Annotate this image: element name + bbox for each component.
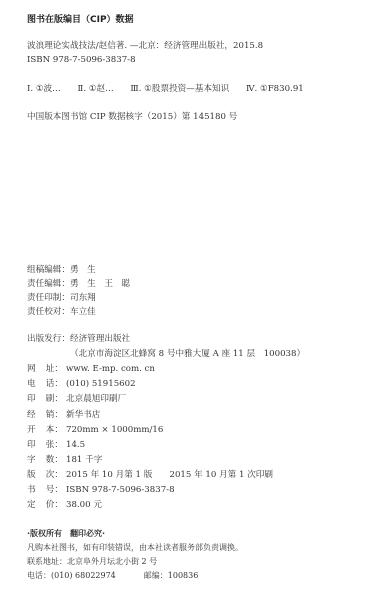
staff-label: 责任印制：	[27, 293, 70, 303]
cip-isbn-line: ISBN 978-7-5096-3837-8	[27, 55, 136, 66]
copyright-notice: ·版权所有 翻印必究·	[27, 528, 105, 539]
detail-row-phone: 电话：(010) 51915602	[27, 379, 136, 390]
exchange-notice: 凡购本社图书，如有印装错误，由本社读者服务部负责调换。	[27, 542, 243, 553]
detail-value: 38.00 元	[66, 500, 102, 511]
detail-value: 181 千字	[66, 455, 102, 466]
detail-row-format: 开本：720mm × 1000mm/16	[27, 425, 163, 436]
staff-value: 勇 生 王 聪	[70, 279, 130, 289]
detail-key: 开本：	[27, 425, 66, 436]
detail-row-distributor: 经销：新华书店	[27, 410, 100, 421]
detail-key: 书号：	[27, 485, 66, 496]
cip-classification-line: Ⅰ. ①波… Ⅱ. ①赵… Ⅲ. ①股票投资—基本知识 Ⅳ. ①F830.91	[27, 84, 304, 95]
publisher-row: 出版发行：经济管理出版社	[27, 334, 130, 345]
detail-key: 字数：	[27, 455, 66, 466]
detail-row-printer: 印刷：北京晨旭印刷厂	[27, 394, 126, 405]
classification-iii: Ⅲ. ①股票投资—基本知识	[130, 84, 229, 94]
staff-label: 责任编辑：	[27, 279, 70, 289]
publisher-value: 经济管理出版社	[70, 334, 130, 345]
classification-iv: Ⅳ. ①F830.91	[246, 84, 304, 94]
detail-row-isbn: 书号：ISBN 978-7-5096-3837-8	[27, 485, 175, 496]
contact-phone: 电话：(010) 68022974	[27, 571, 116, 580]
classification-i: Ⅰ. ①波…	[27, 84, 61, 94]
detail-row-edition: 版次：2015 年 10 月第 1 版 2015 年 10 月第 1 次印刷	[27, 470, 273, 481]
detail-row-word-count: 字数：181 千字	[27, 455, 102, 466]
detail-value: (010) 51915602	[66, 379, 136, 390]
staff-value: 司东翔	[70, 293, 96, 303]
staff-label: 组稿编辑：	[27, 265, 70, 275]
staff-row-acquisition-editor: 组稿编辑：勇 生	[27, 263, 96, 275]
detail-value: 新华书店	[66, 410, 100, 421]
detail-value: 2015 年 10 月第 1 版 2015 年 10 月第 1 次印刷	[66, 470, 273, 481]
detail-row-sheets: 印张：14.5	[27, 440, 85, 451]
cip-title: 图书在版编目（CIP）数据	[27, 12, 134, 25]
detail-value: 北京晨旭印刷厂	[66, 394, 126, 405]
staff-value: 勇 生	[70, 265, 96, 275]
copyright-page: 图书在版编目（CIP）数据 波浪理论实战技法/赵信著. —北京：经济管理出版社，…	[0, 0, 375, 597]
classification-ii: Ⅱ. ①赵…	[77, 84, 113, 94]
detail-value: www. E-mp. com. cn	[66, 364, 155, 375]
contact-postcode: 邮编：100836	[144, 571, 199, 580]
staff-row-responsible-editor: 责任编辑：勇 生 王 聪	[27, 277, 130, 289]
contact-line: 电话：(010) 68022974邮编：100836	[27, 570, 198, 581]
detail-row-price: 定价：38.00 元	[27, 500, 102, 511]
detail-key: 印刷：	[27, 394, 66, 405]
detail-key: 网址：	[27, 364, 66, 375]
contact-address: 联系地址：北京阜外月坛北小街 2 号	[27, 556, 157, 567]
detail-value: ISBN 978-7-5096-3837-8	[66, 485, 175, 496]
detail-value: 14.5	[66, 440, 85, 451]
detail-key: 印张：	[27, 440, 66, 451]
detail-key: 电话：	[27, 379, 66, 390]
staff-row-proofreader: 责任校对：车立佳	[27, 305, 96, 317]
detail-row-website: 网址：www. E-mp. com. cn	[27, 364, 155, 375]
staff-row-print-supervisor: 责任印制：司东翔	[27, 291, 96, 303]
publisher-label: 出版发行：	[27, 334, 70, 345]
staff-label: 责任校对：	[27, 307, 70, 317]
detail-key: 定价：	[27, 500, 66, 511]
cip-bibliographic-line: 波浪理论实战技法/赵信著. —北京：经济管理出版社，2015.8	[27, 41, 263, 52]
detail-value: 720mm × 1000mm/16	[66, 425, 163, 436]
detail-key: 经销：	[27, 410, 66, 421]
publisher-address: （北京市海淀区北蜂窝 8 号中雅大厦 A 座 11 层 100038）	[70, 349, 305, 360]
staff-value: 车立佳	[70, 307, 96, 317]
cip-verification-number: 中国版本图书馆 CIP 数据核字（2015）第 145180 号	[27, 112, 237, 123]
detail-key: 版次：	[27, 470, 66, 481]
